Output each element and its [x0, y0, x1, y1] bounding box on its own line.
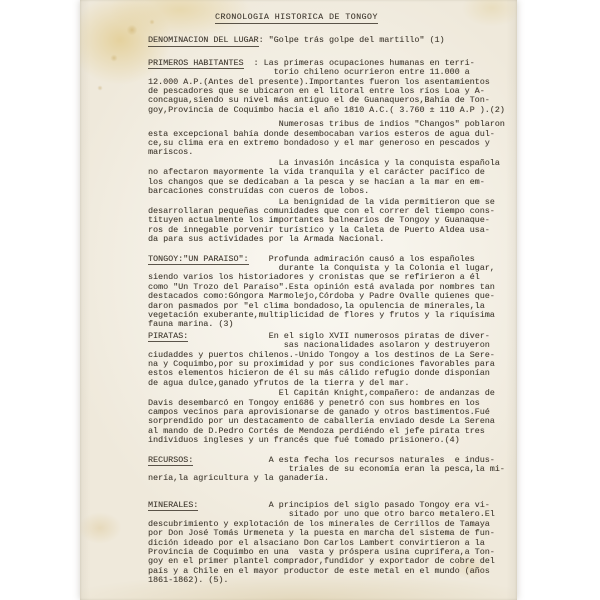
document-content: CRONOLOGIA HISTORICA DE TONGOY DENOMINAC…: [80, 0, 517, 586]
text-line: ce,su clima era en extremo bondadoso y e…: [148, 139, 517, 148]
document-title-text: CRONOLOGIA HISTORICA DE TONGOY: [215, 12, 378, 24]
text-line: fauna marina. (3): [148, 320, 517, 329]
scan-background: CRONOLOGIA HISTORICA DE TONGOY DENOMINAC…: [0, 0, 600, 600]
text-line: de agua dulce,ganado yfrutos de la tierr…: [148, 379, 517, 388]
section-heading: DENOMINACION DEL LUGAR: [148, 35, 259, 47]
document-lines: DENOMINACION DEL LUGAR: "Golpe trás golp…: [148, 36, 517, 585]
text-line: da para sus actividades por la Armada Na…: [148, 235, 517, 244]
text-line: individuos ingleses y un francés que fué…: [148, 436, 517, 445]
document-page: CRONOLOGIA HISTORICA DE TONGOY DENOMINAC…: [80, 0, 517, 600]
text-line: mariscos.: [148, 148, 517, 157]
text-line: 1861-1862). (5).: [148, 576, 517, 585]
section-heading-line: DENOMINACION DEL LUGAR: "Golpe trás golp…: [148, 36, 517, 45]
document-title: CRONOLOGIA HISTORICA DE TONGOY: [148, 13, 517, 22]
text-line: nería,la agricultura y la ganadería.: [148, 474, 517, 483]
text-line: barcaciones construídas con cueros de lo…: [148, 187, 517, 196]
text-line: goy,Provincia de Coquimbo hacia el año 1…: [148, 106, 517, 115]
